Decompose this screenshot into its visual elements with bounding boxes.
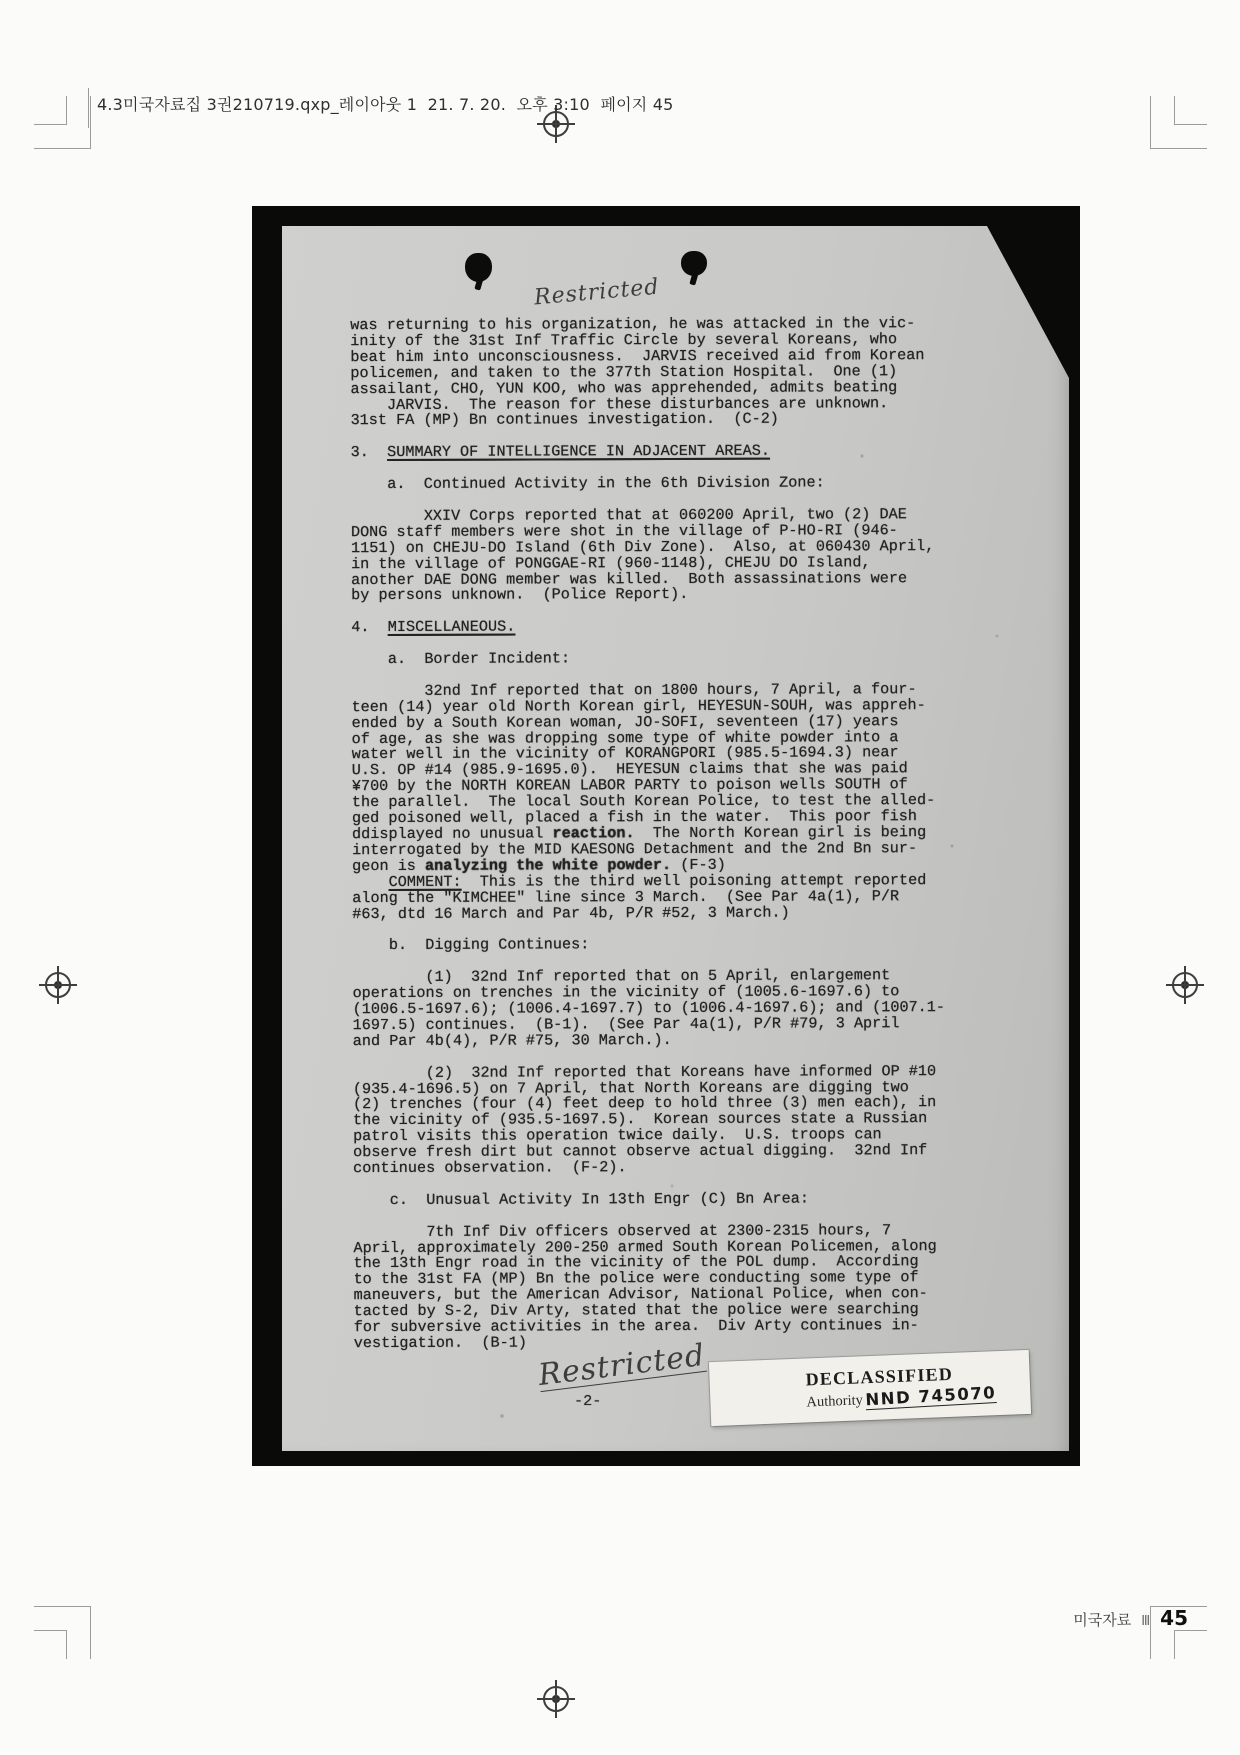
authority-label: Authority (806, 1392, 863, 1410)
footer-series-title: 미국자료 (1073, 1609, 1131, 1630)
declassified-stamp: DECLASSIFIED AuthorityNND 745070 (709, 1350, 1031, 1426)
registration-mark-icon-left (45, 972, 71, 998)
handwritten-restricted-top: Restricted (533, 275, 660, 311)
crop-mark-top-left-inner (34, 96, 67, 125)
footer-page-number: 45 (1160, 1606, 1188, 1630)
page-footer: 미국자료 Ⅲ 45 (1073, 1606, 1188, 1630)
registration-mark-icon-bottom (543, 1686, 569, 1712)
print-header: 4.3미국자료집 3권210719.qxp_레이아웃 1 21. 7. 20. … (97, 94, 673, 116)
fastener-pin-left-icon (465, 253, 492, 282)
typed-page-number: -2- (574, 1392, 601, 1410)
crop-mark-bottom-right-inner (1174, 1630, 1207, 1659)
registration-mark-icon-right (1172, 972, 1198, 998)
footer-volume-numeral: Ⅲ (1141, 1614, 1150, 1629)
document-scan: Restricted was returning to his organiza… (252, 206, 1080, 1466)
crop-mark-bottom-left-inner (34, 1630, 67, 1659)
fastener-pin-right-icon (681, 251, 707, 276)
typed-text-body: was returning to his organization, he wa… (350, 316, 994, 1352)
crop-mark-top-right-inner (1174, 96, 1207, 125)
document-paper: Restricted was returning to his organiza… (252, 206, 1080, 1466)
